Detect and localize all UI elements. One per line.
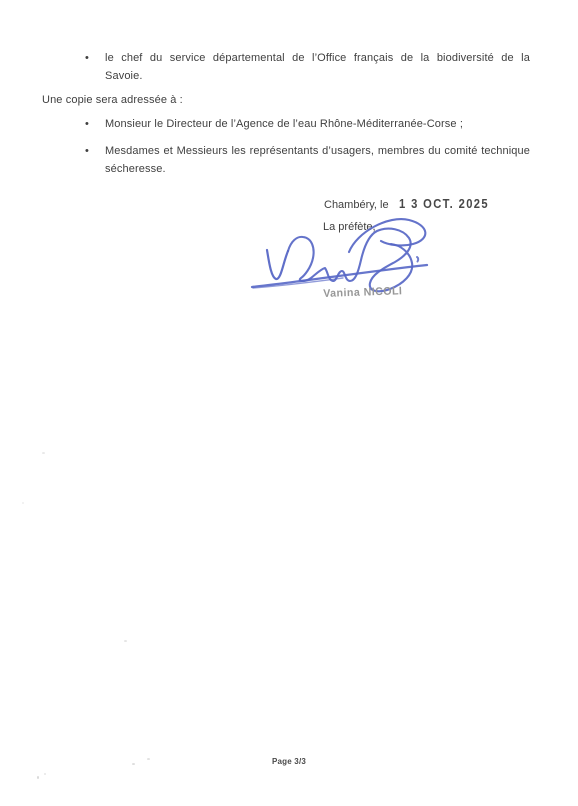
list-item: • le chef du service départemental de l’… <box>85 50 530 85</box>
scan-speck <box>42 452 45 454</box>
intro-paragraph: Une copie sera adressée à : <box>42 92 183 110</box>
scan-speck <box>44 773 46 775</box>
list-item-line: Mesdames et Messieurs les représentants … <box>105 143 530 161</box>
scan-speck <box>22 502 24 504</box>
page-number: Page 3/3 <box>0 757 578 766</box>
dateline-place: Chambéry, le <box>324 199 389 212</box>
list-item-line: Savoie. <box>105 68 530 86</box>
list-item-line: le chef du service départemental de l’Of… <box>105 50 530 68</box>
scan-speck <box>124 640 127 642</box>
date-stamp: 1 3 OCT. 2025 <box>399 196 489 211</box>
bullet-icon: • <box>85 50 105 68</box>
signature-strokes <box>252 219 427 291</box>
list-item-line: sécheresse. <box>105 161 530 179</box>
scan-speck <box>37 776 39 779</box>
list-item: • Mesdames et Messieurs les représentant… <box>85 143 530 178</box>
bullet-icon: • <box>85 116 105 134</box>
list-item-line: Monsieur le Directeur de l’Agence de l’e… <box>105 116 530 134</box>
bullet-icon: • <box>85 143 105 161</box>
list-item: • Monsieur le Directeur de l’Agence de l… <box>85 116 530 134</box>
